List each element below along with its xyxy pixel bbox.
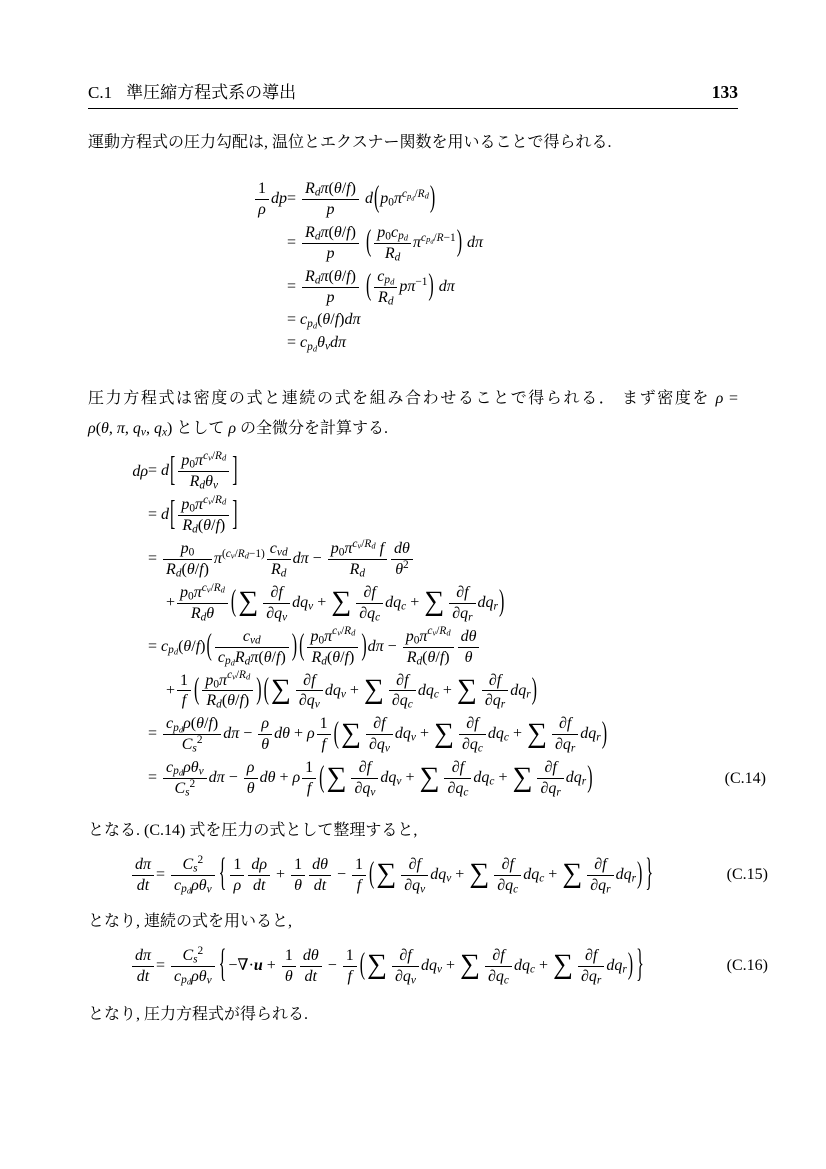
equation-line: = cpd(θ/f)(cvdcpdRdπ(θ/f))(p0πcv/RdRd(θ/…	[116, 628, 738, 667]
equation-rhs: +1f(p0πcv/RdRd(θ/f))(∑∂f∂qvdqv + ∑∂f∂qcd…	[148, 672, 538, 711]
section-number: C.1	[88, 83, 112, 102]
equation-line: dπdt= Cs2cpdρθv{−∇·u + 1θdθdt − 1f(∑∂f∂q…	[118, 947, 738, 986]
equation-rhs: = cpd(θ/f)dπ	[287, 311, 361, 329]
paragraph-rearrange: となる. (C.14) 式を圧力の式として整理すると,	[88, 816, 738, 846]
equation-C16: dπdt= Cs2cpdρθv{−∇·u + 1θdθdt − 1f(∑∂f∂q…	[88, 947, 738, 986]
equation-rhs: +p0πcv/RdRdθ(∑∂f∂qvdqv + ∑∂f∂qcdqc + ∑∂f…	[148, 584, 505, 623]
paragraph-continuity: となり, 連続の式を用いると,	[88, 907, 738, 937]
paragraph-density-line2: ρ(θ, π, qv, qx) として ρ の全微分を計算する.	[88, 414, 738, 444]
equation-rhs: = d[p0πcv/RdRdθv]	[148, 452, 239, 491]
running-header: C.1準圧縮方程式系の導出 133	[88, 78, 738, 109]
equation-C14: dρ= d[p0πcv/RdRdθv]= d[p0πcv/RdRd(θ/f)]=…	[88, 452, 738, 798]
equation-rhs: = Rdπ(θ/f)p d(p0πcpd/Rd)	[287, 180, 436, 219]
equation-line: dρ= d[p0πcv/RdRdθv]	[116, 452, 738, 491]
equation-line: +1f(p0πcv/RdRd(θ/f))(∑∂f∂qvdqv + ∑∂f∂qcd…	[116, 672, 738, 711]
equation-rhs: = p0Rd(θ/f)π(cv/Rd−1)cvdRddπ − p0πcv/Rd …	[148, 540, 415, 579]
equation-line: = cpdρ(θ/f)Cs2dπ − ρθdθ + ρ1f(∑∂f∂qvdqv …	[116, 715, 738, 754]
equation-line: 1ρdp= Rdπ(θ/f)p d(p0πcpd/Rd)	[237, 180, 738, 219]
equation-rhs: = cpdρθvCs2dπ − ρθdθ + ρ1f(∑∂f∂qvdqv + ∑…	[148, 759, 594, 798]
equation-line: = cpd(θ/f)dπ	[237, 311, 738, 329]
equation-number: (C.14)	[725, 770, 766, 788]
equation-line: = d[p0πcv/RdRd(θ/f)]	[116, 496, 738, 535]
document-page: C.1準圧縮方程式系の導出 133 運動方程式の圧力勾配は, 温位とエクスナー関…	[0, 0, 826, 1169]
equation-lhs: dπdt	[118, 856, 156, 895]
equation-line: = cpdθvdπ(C.13)	[237, 334, 738, 352]
equation-rhs: = Cs2cpdρθv{1ρdρdt + 1θdθdt − 1f(∑∂f∂qvd…	[156, 856, 655, 895]
equation-lhs: 1ρdp	[237, 180, 287, 219]
equation-line: = p0Rd(θ/f)π(cv/Rd−1)cvdRddπ − p0πcv/Rd …	[116, 540, 738, 579]
page-number: 133	[712, 82, 738, 103]
equation-rhs: = cpd(θ/f)(cvdcpdRdπ(θ/f))(p0πcv/RdRd(θ/…	[148, 628, 481, 667]
paragraph-conclusion: となり, 圧力方程式が得られる.	[88, 1000, 738, 1030]
equation-lhs: dπdt	[118, 947, 156, 986]
equation-line: = Rdπ(θ/f)p (p0cpdRdπcpd/R−1) dπ	[237, 224, 738, 263]
paragraph-pressure-gradient: 運動方程式の圧力勾配は, 温位とエクスナー関数を用いることで得られる.	[88, 128, 738, 158]
equation-rhs: = Rdπ(θ/f)p (cpdRdpπ−1) dπ	[287, 268, 455, 307]
equation-C13: 1ρdp= Rdπ(θ/f)p d(p0πcpd/Rd)= Rdπ(θ/f)p …	[88, 180, 738, 352]
equation-line: dπdt= Cs2cpdρθv{1ρdρdt + 1θdθdt − 1f(∑∂f…	[118, 856, 738, 895]
equation-rhs: = cpdθvdπ	[287, 334, 346, 352]
section-title: 準圧縮方程式系の導出	[126, 83, 296, 102]
equation-rhs: = Rdπ(θ/f)p (p0cpdRdπcpd/R−1) dπ	[287, 224, 483, 263]
equation-line: = Rdπ(θ/f)p (cpdRdpπ−1) dπ	[237, 268, 738, 307]
equation-lhs: dρ	[116, 463, 148, 481]
equation-number: (C.15)	[727, 866, 768, 884]
equation-rhs: = d[p0πcv/RdRd(θ/f)]	[148, 496, 239, 535]
paragraph-density-line1: 圧力方程式は密度の式と連続の式を組み合わせることで得られる． まず密度を ρ =	[88, 384, 738, 414]
equation-line: = cpdρθvCs2dπ − ρθdθ + ρ1f(∑∂f∂qvdqv + ∑…	[116, 759, 738, 798]
equation-number: (C.16)	[727, 957, 768, 975]
equation-line: +p0πcv/RdRdθ(∑∂f∂qvdqv + ∑∂f∂qcdqc + ∑∂f…	[116, 584, 738, 623]
equation-rhs: = Cs2cpdρθv{−∇·u + 1θdθdt − 1f(∑∂f∂qvdqv…	[156, 947, 646, 986]
equation-rhs: = cpdρ(θ/f)Cs2dπ − ρθdθ + ρ1f(∑∂f∂qvdqv …	[148, 715, 608, 754]
section-heading: C.1準圧縮方程式系の導出	[88, 78, 296, 103]
equation-C15: dπdt= Cs2cpdρθv{1ρdρdt + 1θdθdt − 1f(∑∂f…	[88, 856, 738, 895]
